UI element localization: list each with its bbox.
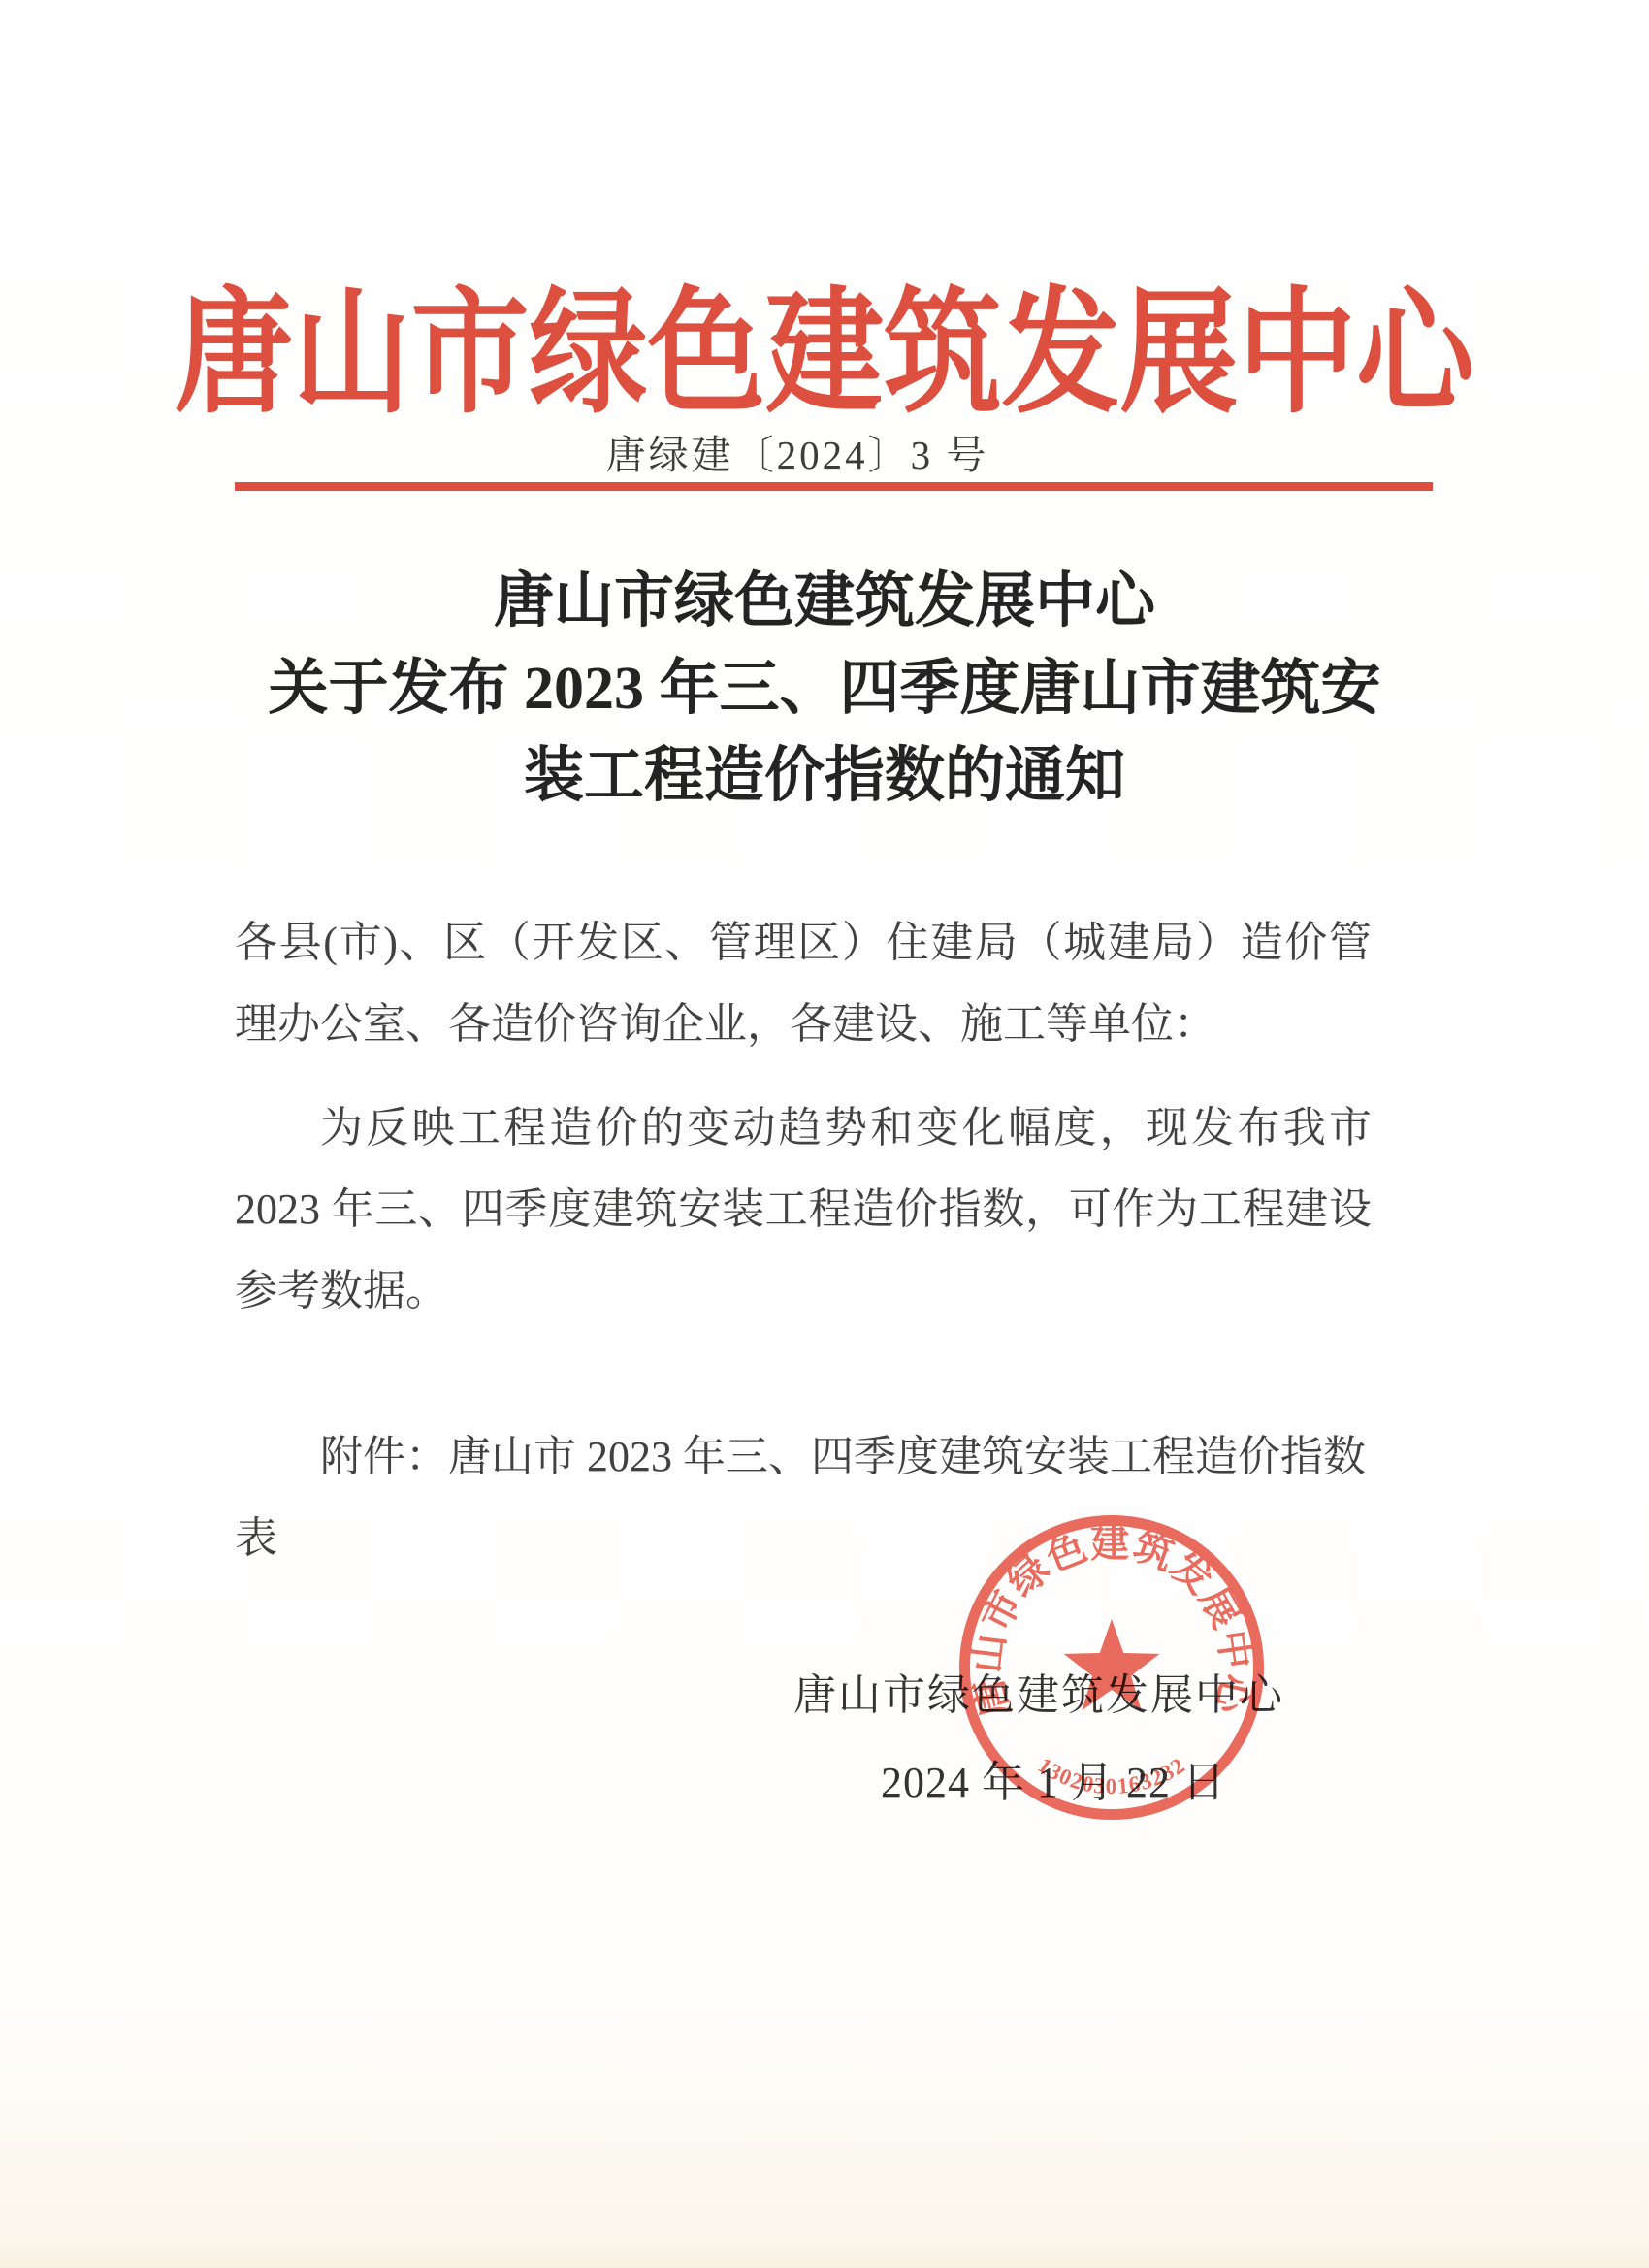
- salutation-line-1: 各县(市)、区（开发区、管理区）住建局（城建局）造价管: [235, 902, 1372, 984]
- salutation-line-2: 理办公室、各造价咨询企业，各建设、施工等单位：: [235, 984, 1372, 1065]
- notice-title-line-2: 关于发布 2023 年三、四季度唐山市建筑安: [19, 645, 1630, 732]
- notice-title: 唐山市绿色建筑发展中心 关于发布 2023 年三、四季度唐山市建筑安 装工程造价…: [19, 558, 1630, 820]
- notice-title-line-1: 唐山市绿色建筑发展中心: [19, 558, 1630, 645]
- seal-code-wrap: 1302030163232: [1033, 1753, 1188, 1798]
- main-paragraph-line-3: 参考数据。: [235, 1250, 1372, 1332]
- main-paragraph: 为反映工程造价的变动趋势和变化幅度，现发布我市 2023 年三、四季度建筑安装工…: [235, 1087, 1372, 1332]
- main-paragraph-line-2: 2023 年三、四季度建筑安装工程造价指数，可作为工程建设: [235, 1169, 1372, 1250]
- scanned-document-page: 唐山市绿色建筑发展中心 唐绿建〔2024〕3 号 唐山市绿色建筑发展中心 关于发…: [0, 0, 1649, 2268]
- salutation-paragraph: 各县(市)、区（开发区、管理区）住建局（城建局）造价管 理办公室、各造价咨询企业…: [235, 902, 1372, 1065]
- masthead-title-text: 唐山市绿色建筑发展中心: [175, 281, 1474, 428]
- main-paragraph-line-1: 为反映工程造价的变动趋势和变化幅度，现发布我市: [235, 1087, 1372, 1169]
- seal-code: 1302030163232: [1033, 1753, 1188, 1798]
- document-number: 唐绿建〔2024〕3 号: [0, 423, 1602, 480]
- masthead-title: 唐山市绿色建筑发展中心: [0, 281, 1649, 428]
- notice-title-line-3: 装工程造价指数的通知: [19, 732, 1630, 820]
- red-divider-rule: [235, 482, 1433, 491]
- official-seal: 唐山市绿色建筑发展中心 1302030163232: [947, 1503, 1277, 1832]
- star-icon: [1064, 1619, 1160, 1710]
- attachment-line-1: 附件：唐山市 2023 年三、四季度建筑安装工程造价指数: [235, 1416, 1372, 1498]
